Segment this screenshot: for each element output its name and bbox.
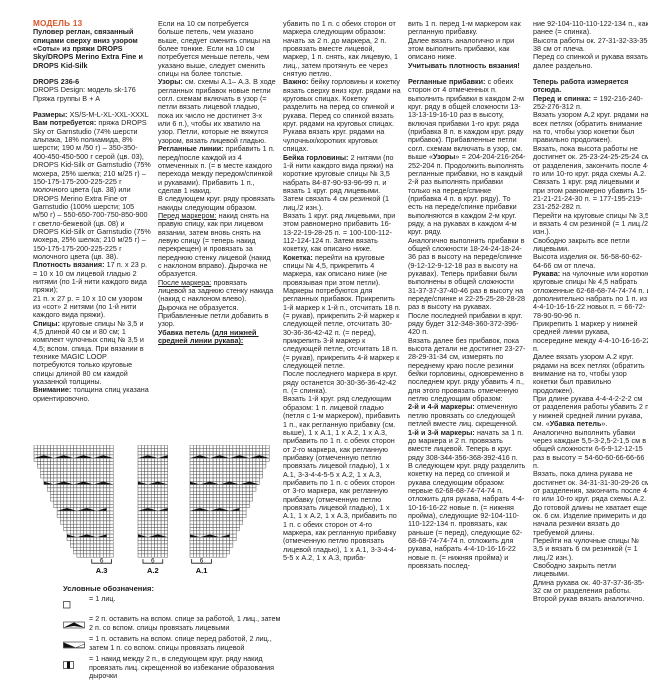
paragraph: Если на 10 см потребуется больше петель,… — [158, 20, 276, 78]
paragraph: Рукава: на чулочные или короткие круговы… — [533, 270, 648, 604]
paragraph: убавить по 1 п. с обеих сторон от маркер… — [283, 20, 401, 78]
text-segment: на чулочные или короткие круговые спицы … — [533, 269, 648, 428]
paragraph: Плотность вязания: 17 п. х 23 р. = 10 х … — [33, 261, 151, 319]
paragraph: Узоры: см. схемы А.1– А.3. В ходе реглан… — [158, 78, 276, 145]
text-segment: перейти на круговые спицы № 4,5, прикреп… — [283, 253, 403, 562]
column-2: Если на 10 см потребуется больше петель,… — [158, 20, 276, 444]
paragraph: Теперь работа измеряется отсюда. — [533, 78, 648, 95]
paragraph: Убавка петель (для нижней средней линии … — [158, 329, 276, 346]
text-segment: начать за 1 п. до маркера и 2 п. провяза… — [408, 428, 528, 571]
text-segment: DROPS Design: модель sk-176 Пряжа группы… — [33, 85, 136, 102]
knitting-chart-a3: 6А.3 — [33, 445, 114, 579]
text-segment: убавить по 1 п. с обеих сторон от маркер… — [283, 19, 400, 78]
text-segment: прибавить 1 п. перед/после каждой из 4 о… — [158, 144, 276, 211]
text-segment: пряжа DROPS Sky от Garnstudio (74% шерст… — [33, 118, 151, 261]
legend-item-text: = 2 п. оставить на вспом. спице за работ… — [89, 615, 285, 634]
knitting-chart-a2: 6А.2 — [137, 445, 169, 579]
paragraph: DROPS 236-6 DROPS Design: модель sk-176 … — [33, 78, 151, 103]
legend-item: = 1 накид между 2 п., в следующем круг. … — [63, 655, 285, 681]
column-5: ние 92-104-110-110-122-134 п., как ранее… — [533, 20, 648, 604]
paragraph: Перед маркером: накид снять на правую сп… — [158, 212, 276, 279]
text-segment: Учитывать плотность вязания! — [408, 61, 520, 70]
text-segment: Если на 10 см потребуется больше петель,… — [158, 20, 272, 78]
legend-item-text: = 1 лиц. — [89, 595, 285, 614]
cable-back-symbol — [63, 615, 86, 634]
yarn-over-symbol — [63, 655, 86, 681]
text-segment: 2 нитями (по 1-й нити каждого вида пряжи… — [283, 153, 397, 254]
text-segment: Пуловер реглан, связанный спицами сверху… — [33, 27, 145, 69]
text-segment: ». Аналогично выполнить убавки через каж… — [533, 419, 648, 603]
paragraph: Кокетка: перейти на круговые спицы № 4,5… — [283, 254, 401, 563]
legend-item-text: = 1 накид между 2 п., в следующем круг. … — [89, 655, 285, 681]
legend-item: = 1 п. оставить на вспом. спице перед ра… — [63, 635, 285, 654]
knitting-charts: 6А.3 6А.2 6А.1 — [33, 445, 270, 579]
column-1: МОДЕЛЬ 13Пуловер реглан, связанный спица… — [33, 20, 151, 444]
text-segment: круговые спицы № 3,5 и 4,5 длиной 40 см … — [33, 319, 146, 386]
text-segment: 17 п. х 23 р. = 10 х 10 см лицевой гладь… — [33, 260, 149, 319]
paragraph: ние 92-104-110-110-122-134 п., как ранее… — [533, 20, 648, 70]
paragraph: Бейка горловины: 2 нитями (по 1-й нити к… — [283, 154, 401, 254]
paragraph: Внимание: толщина спиц указана ориентиро… — [33, 386, 151, 403]
legend-item: = 1 лиц. — [63, 595, 285, 614]
text-segment: см. схемы А.1– А.3. В ходе регланных при… — [158, 77, 276, 144]
text-segment: Теперь работа измеряется отсюда. — [533, 77, 630, 94]
legend-item-text: = 1 п. оставить на вспом. спице перед ра… — [89, 635, 285, 654]
text-segment: ние 92-104-110-110-122-134 п., как ранее… — [533, 19, 648, 70]
paragraph: 2-й и 4-й маркеры: отмеченную петлю пров… — [408, 403, 526, 428]
pattern-page: МОДЕЛЬ 13Пуловер реглан, связанный спица… — [0, 0, 648, 699]
text-segment: = 192-216-240-252-276-312 п. Вязать узор… — [533, 94, 648, 270]
legend-items: = 1 лиц.= 2 п. оставить на вспом. спице … — [63, 595, 285, 681]
text-segment: вить 1 п. перед 1-м маркером как регланн… — [408, 19, 523, 61]
chart-legend: Условные обозначения: = 1 лиц.= 2 п. ост… — [63, 584, 285, 682]
paragraph: вить 1 п. перед 1-м маркером как регланн… — [408, 20, 526, 70]
chart-label: А.2 — [147, 566, 159, 575]
paragraph: Пуловер реглан, связанный спицами сверху… — [33, 28, 151, 70]
chart-repeat-count: 6 — [151, 558, 155, 565]
paragraph: Регланные линии: прибавить 1 п. перед/по… — [158, 145, 276, 212]
legend-item: = 2 п. оставить на вспом. спице за работ… — [63, 615, 285, 634]
column-4: вить 1 п. перед 1-м маркером как регланн… — [408, 20, 526, 604]
chart-label: А.3 — [96, 566, 108, 575]
paragraph: Спицы: круговые спицы № 3,5 и 4,5 длиной… — [33, 320, 151, 387]
paragraph: Регланные прибавки: с обеих сторон от 4 … — [408, 78, 526, 403]
knitting-chart-a1: 6А.1 — [189, 445, 270, 579]
legend-title: Условные обозначения: — [63, 584, 285, 593]
chart-label: А.1 — [196, 566, 208, 575]
cable-front-symbol — [63, 635, 86, 654]
text-segment: бейку горловины и кокетку вязать сверху … — [283, 77, 403, 153]
paragraph: 1-й и 3-й маркеры: начать за 1 п. до мар… — [408, 429, 526, 571]
paragraph: Важно: бейку горловины и кокетку вязать … — [283, 78, 401, 153]
text-segment: накид снять на правую спицу, как при лиц… — [158, 211, 273, 278]
paragraph: После маркера: провязать лицевой за задн… — [158, 279, 276, 329]
paragraph: Перед и спинка: = 192-216-240-252-276-31… — [533, 95, 648, 270]
text-segment: » = 204-204-216-264-252-204 п. Продолжит… — [408, 152, 527, 403]
paragraph: Вам потребуется: пряжа DROPS Sky от Garn… — [33, 119, 151, 261]
knit-stitch-symbol — [63, 595, 86, 614]
column-3: убавить по 1 п. с обеих сторон от маркер… — [283, 20, 401, 604]
chart-repeat-count: 6 — [200, 558, 204, 565]
chart-repeat-count: 6 — [100, 558, 104, 565]
text-segment: с обеих сторон от 4 отмеченных п. выполн… — [408, 77, 526, 161]
text-segment: провязать лицевой за заднюю стенку накид… — [158, 278, 275, 329]
